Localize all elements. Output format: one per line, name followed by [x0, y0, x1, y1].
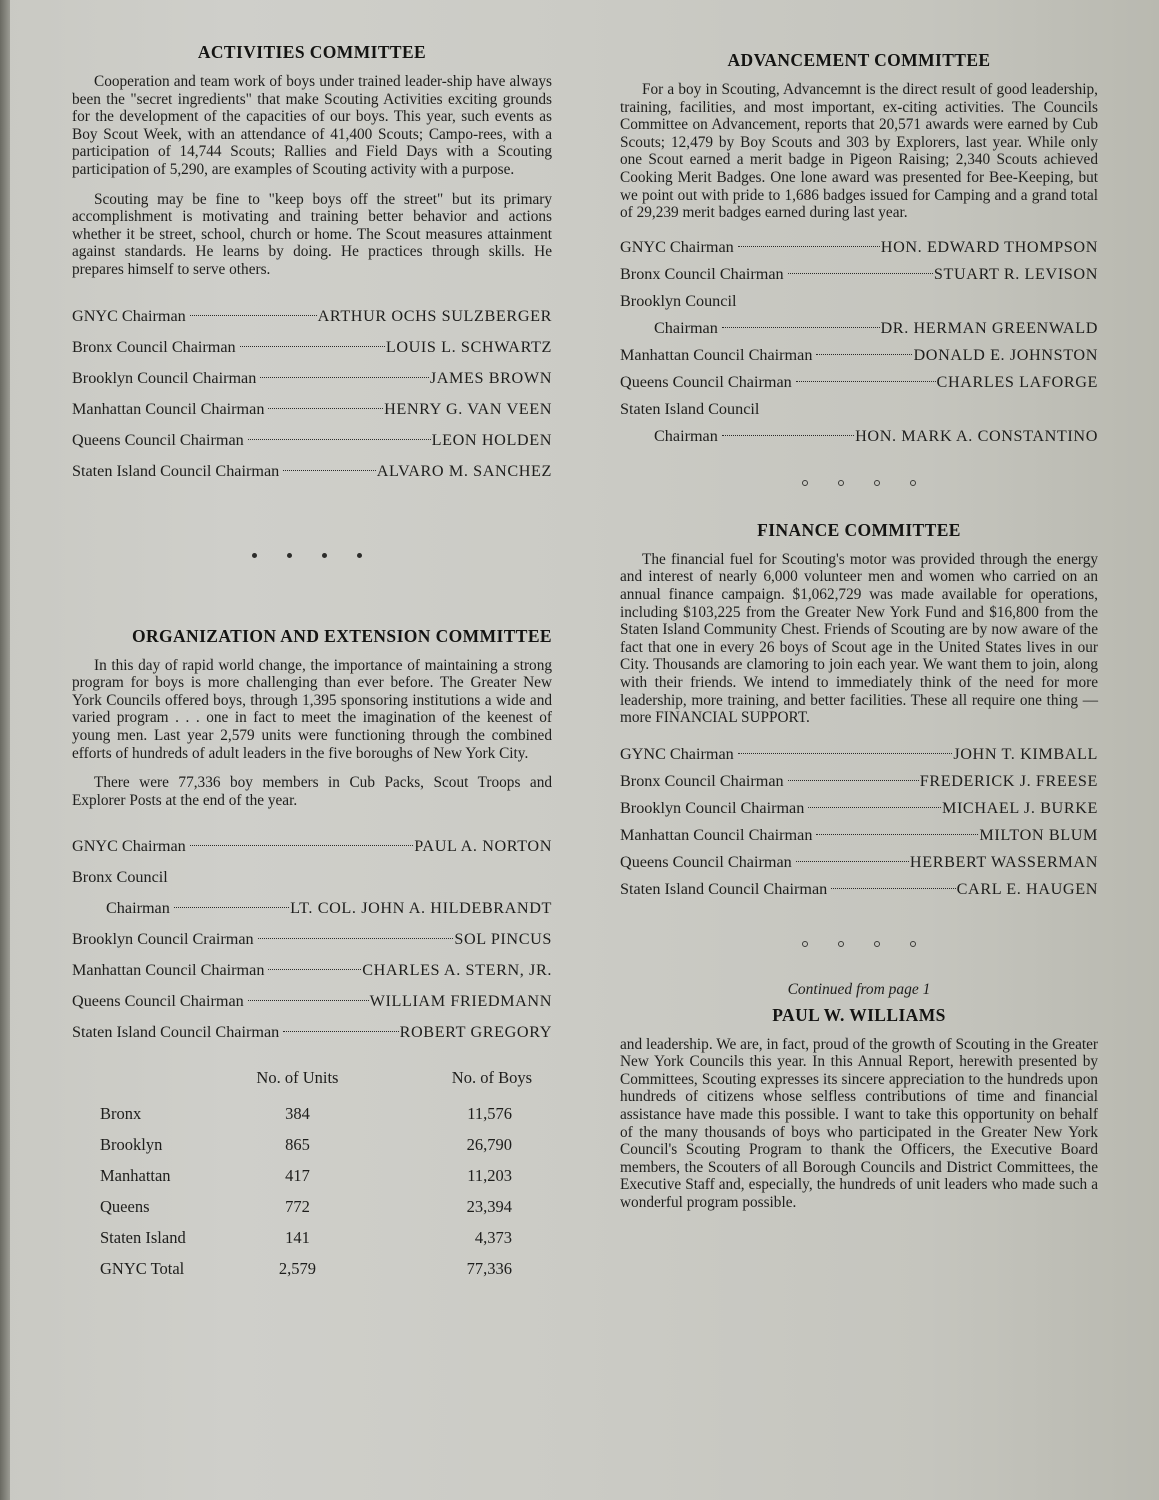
- roster-row: Staten Island Council ChairmanALVARO M. …: [72, 456, 552, 487]
- column-header: [100, 1068, 245, 1098]
- roster-row: Queens Council ChairmanHERBERT WASSERMAN: [620, 849, 1098, 876]
- roster-row: Manhattan Council ChairmanDONALD E. JOHN…: [620, 342, 1098, 369]
- dot-leader: [260, 377, 428, 378]
- dot-leader: [796, 861, 909, 862]
- table-header-row: No. of Units No. of Boys: [100, 1068, 552, 1098]
- chairman-name: JAMES BROWN: [430, 363, 552, 394]
- roster-row: Staten Island Council ChairmanROBERT GRE…: [72, 1017, 552, 1048]
- district-cell: Manhattan: [100, 1160, 245, 1191]
- dot-leader: [258, 938, 454, 939]
- roster-row: GYNC ChairmanJOHN T. KIMBALL: [620, 741, 1098, 768]
- roster-row: ChairmanLT. COL. JOHN A. HILDEBRANDT: [72, 893, 552, 924]
- boys-cell: 11,576: [350, 1098, 552, 1129]
- chairman-name: ROBERT GREGORY: [400, 1017, 552, 1048]
- boys-cell: 4,373: [350, 1222, 552, 1253]
- continued-note: Continued from page 1: [620, 981, 1098, 999]
- separator-dot: [802, 941, 808, 947]
- committee-roster: GNYC ChairmanHON. EDWARD THOMPSON Bronx …: [620, 234, 1098, 450]
- left-column: ACTIVITIES COMMITTEE Cooperation and tea…: [72, 42, 552, 1284]
- dot-leader: [816, 834, 978, 835]
- separator-dot: [838, 480, 844, 486]
- paragraph: Scouting may be fine to "keep boys off t…: [72, 191, 552, 279]
- roster-row: Queens Council ChairmanWILLIAM FRIEDMANN: [72, 986, 552, 1017]
- role-label: Chairman: [106, 893, 170, 924]
- finance-committee-section: FINANCE COMMITTEE The financial fuel for…: [620, 520, 1098, 903]
- dot-leader: [283, 1031, 398, 1032]
- roster-row: GNYC ChairmanPAUL A. NORTON: [72, 831, 552, 862]
- dot-leader: [808, 807, 941, 808]
- chairman-name: STUART R. LEVISON: [934, 261, 1098, 288]
- district-cell: Queens: [100, 1191, 245, 1222]
- binding-edge: [0, 0, 10, 1500]
- table-row: GNYC Total2,57977,336: [100, 1253, 552, 1284]
- committee-roster: GNYC ChairmanPAUL A. NORTON Bronx Counci…: [72, 831, 552, 1048]
- roster-row: ChairmanDR. HERMAN GREENWALD: [620, 315, 1098, 342]
- separator-dot: [838, 941, 844, 947]
- committee-roster: GNYC ChairmanARTHUR OCHS SULZBERGER Bron…: [72, 301, 552, 487]
- role-label: Chairman: [654, 423, 718, 450]
- role-label: Bronx Council Chairman: [620, 768, 784, 795]
- chairman-name: ARTHUR OCHS SULZBERGER: [318, 301, 552, 332]
- roster-row: Bronx Council ChairmanLOUIS L. SCHWARTZ: [72, 332, 552, 363]
- dot-leader: [788, 273, 933, 274]
- chairman-name: FREDERICK J. FREESE: [920, 768, 1098, 795]
- separator-dot: [252, 553, 257, 558]
- chairman-name: HENRY G. VAN VEEN: [384, 394, 552, 425]
- role-label: Chairman: [654, 315, 718, 342]
- roster-label: Bronx Council: [72, 862, 552, 893]
- roster-row: Bronx Council ChairmanFREDERICK J. FREES…: [620, 768, 1098, 795]
- paragraph: There were 77,336 boy members in Cub Pac…: [72, 774, 552, 809]
- committee-roster: GYNC ChairmanJOHN T. KIMBALL Bronx Counc…: [620, 741, 1098, 903]
- dot-leader: [248, 1000, 369, 1001]
- dot-leader: [268, 408, 383, 409]
- boys-cell: 23,394: [350, 1191, 552, 1222]
- paragraph: Cooperation and team work of boys under …: [72, 73, 552, 179]
- section-title: ADVANCEMENT COMMITTEE: [620, 50, 1098, 71]
- role-label: Staten Island Council Chairman: [72, 1017, 279, 1048]
- role-label: Bronx Council Chairman: [620, 261, 784, 288]
- district-cell: Brooklyn: [100, 1129, 245, 1160]
- units-cell: 865: [245, 1129, 350, 1160]
- units-cell: 417: [245, 1160, 350, 1191]
- section-title: PAUL W. WILLIAMS: [620, 1005, 1098, 1026]
- district-cell: GNYC Total: [100, 1253, 245, 1284]
- dot-leader: [738, 246, 880, 247]
- dot-leader: [722, 327, 880, 328]
- roster-row: Manhattan Council ChairmanMILTON BLUM: [620, 822, 1098, 849]
- right-column: ADVANCEMENT COMMITTEE For a boy in Scout…: [620, 50, 1098, 1224]
- chairman-name: PAUL A. NORTON: [414, 831, 552, 862]
- units-cell: 141: [245, 1222, 350, 1253]
- separator-dot: [910, 480, 916, 486]
- dot-leader: [738, 753, 953, 754]
- dot-leader: [268, 969, 361, 970]
- role-label: Bronx Council Chairman: [72, 332, 236, 363]
- dot-leader: [796, 381, 936, 382]
- roster-row: Bronx Council ChairmanSTUART R. LEVISON: [620, 261, 1098, 288]
- chairman-name: LOUIS L. SCHWARTZ: [386, 332, 552, 363]
- units-boys-table: No. of Units No. of Boys Bronx38411,576B…: [100, 1068, 552, 1284]
- role-label: GNYC Chairman: [72, 831, 186, 862]
- role-label: Queens Council Chairman: [620, 369, 792, 396]
- roster-row: GNYC ChairmanARTHUR OCHS SULZBERGER: [72, 301, 552, 332]
- column-header: No. of Boys: [350, 1068, 552, 1098]
- role-label: Manhattan Council Chairman: [620, 822, 812, 849]
- chairman-name: MICHAEL J. BURKE: [942, 795, 1098, 822]
- chairman-name: WILLIAM FRIEDMANN: [370, 986, 552, 1017]
- paragraph: The financial fuel for Scouting's motor …: [620, 551, 1098, 727]
- chairman-name: DR. HERMAN GREENWALD: [881, 315, 1098, 342]
- roster-row: Queens Council ChairmanCHARLES LAFORGE: [620, 369, 1098, 396]
- dot-leader: [788, 780, 919, 781]
- chairman-name: HON. MARK A. CONSTANTINO: [855, 423, 1098, 450]
- role-label: Staten Island Council Chairman: [620, 876, 827, 903]
- paul-williams-continued-section: Continued from page 1 PAUL W. WILLIAMS a…: [620, 981, 1098, 1212]
- roster-row: ChairmanHON. MARK A. CONSTANTINO: [620, 423, 1098, 450]
- district-cell: Bronx: [100, 1098, 245, 1129]
- roster-row: Manhattan Council ChairmanHENRY G. VAN V…: [72, 394, 552, 425]
- section-separator: [620, 941, 1098, 947]
- activities-committee-section: ACTIVITIES COMMITTEE Cooperation and tea…: [72, 42, 552, 487]
- section-title: FINANCE COMMITTEE: [620, 520, 1098, 541]
- role-label: Manhattan Council Chairman: [72, 394, 264, 425]
- roster-row: Manhattan Council ChairmanCHARLES A. STE…: [72, 955, 552, 986]
- chairman-name: HERBERT WASSERMAN: [910, 849, 1098, 876]
- table-row: Manhattan41711,203: [100, 1160, 552, 1191]
- chairman-name: LEON HOLDEN: [432, 425, 552, 456]
- dot-leader: [283, 470, 375, 471]
- roster-row: GNYC ChairmanHON. EDWARD THOMPSON: [620, 234, 1098, 261]
- units-cell: 384: [245, 1098, 350, 1129]
- role-label: GNYC Chairman: [620, 234, 734, 261]
- table-row: Bronx38411,576: [100, 1098, 552, 1129]
- chairman-name: ALVARO M. SANCHEZ: [377, 456, 552, 487]
- table-row: Queens77223,394: [100, 1191, 552, 1222]
- document-page: ACTIVITIES COMMITTEE Cooperation and tea…: [0, 0, 1159, 1500]
- chairman-name: CARL E. HAUGEN: [957, 876, 1098, 903]
- organization-extension-section: ORGANIZATION AND EXTENSION COMMITTEE In …: [72, 626, 552, 1285]
- dot-leader: [831, 888, 955, 889]
- role-label: Staten Island Council Chairman: [72, 456, 279, 487]
- units-cell: 2,579: [245, 1253, 350, 1284]
- separator-dot: [874, 480, 880, 486]
- chairman-name: JOHN T. KIMBALL: [953, 741, 1098, 768]
- roster-row: Brooklyn Council CrairmanSOL PINCUS: [72, 924, 552, 955]
- district-cell: Staten Island: [100, 1222, 245, 1253]
- chairman-name: HON. EDWARD THOMPSON: [881, 234, 1098, 261]
- separator-dot: [322, 553, 327, 558]
- boys-cell: 77,336: [350, 1253, 552, 1284]
- roster-label: Staten Island Council: [620, 396, 1098, 423]
- dot-leader: [816, 354, 912, 355]
- section-title: ACTIVITIES COMMITTEE: [72, 42, 552, 63]
- role-label: Brooklyn Council Chairman: [620, 795, 804, 822]
- chairman-name: CHARLES LAFORGE: [937, 369, 1098, 396]
- dot-leader: [722, 435, 854, 436]
- role-label: GYNC Chairman: [620, 741, 734, 768]
- role-label: Brooklyn Council Crairman: [72, 924, 254, 955]
- chairman-name: DONALD E. JOHNSTON: [913, 342, 1098, 369]
- roster-row: Queens Council ChairmanLEON HOLDEN: [72, 425, 552, 456]
- roster-row: Staten Island Council ChairmanCARL E. HA…: [620, 876, 1098, 903]
- paragraph: In this day of rapid world change, the i…: [72, 657, 552, 763]
- chairman-name: CHARLES A. STERN, JR.: [362, 955, 552, 986]
- table-row: Brooklyn86526,790: [100, 1129, 552, 1160]
- role-label: Queens Council Chairman: [72, 425, 244, 456]
- separator-dot: [874, 941, 880, 947]
- role-label: GNYC Chairman: [72, 301, 186, 332]
- separator-dot: [287, 553, 292, 558]
- advancement-committee-section: ADVANCEMENT COMMITTEE For a boy in Scout…: [620, 50, 1098, 450]
- table-row: Staten Island1414,373: [100, 1222, 552, 1253]
- dot-leader: [190, 845, 414, 846]
- roster-label: Brooklyn Council: [620, 288, 1098, 315]
- column-header: No. of Units: [245, 1068, 350, 1098]
- boys-cell: 26,790: [350, 1129, 552, 1160]
- dot-leader: [240, 346, 385, 347]
- section-title: ORGANIZATION AND EXTENSION COMMITTEE: [72, 626, 552, 647]
- section-separator: [62, 553, 552, 558]
- dot-leader: [248, 439, 431, 440]
- paragraph: and leadership. We are, in fact, proud o…: [620, 1036, 1098, 1212]
- role-label: Manhattan Council Chairman: [72, 955, 264, 986]
- role-label: Brooklyn Council Chairman: [72, 363, 256, 394]
- chairman-name: LT. COL. JOHN A. HILDEBRANDT: [290, 893, 552, 924]
- role-label: Queens Council Chairman: [72, 986, 244, 1017]
- chairman-name: SOL PINCUS: [454, 924, 552, 955]
- paragraph: For a boy in Scouting, Advancemnt is the…: [620, 81, 1098, 222]
- roster-row: Brooklyn Council ChairmanMICHAEL J. BURK…: [620, 795, 1098, 822]
- section-separator: [620, 480, 1098, 486]
- dot-leader: [190, 315, 317, 316]
- boys-cell: 11,203: [350, 1160, 552, 1191]
- role-label: Manhattan Council Chairman: [620, 342, 812, 369]
- separator-dot: [802, 480, 808, 486]
- units-cell: 772: [245, 1191, 350, 1222]
- role-label: Queens Council Chairman: [620, 849, 792, 876]
- separator-dot: [910, 941, 916, 947]
- separator-dot: [357, 553, 362, 558]
- roster-row: Brooklyn Council ChairmanJAMES BROWN: [72, 363, 552, 394]
- dot-leader: [174, 907, 289, 908]
- chairman-name: MILTON BLUM: [979, 822, 1098, 849]
